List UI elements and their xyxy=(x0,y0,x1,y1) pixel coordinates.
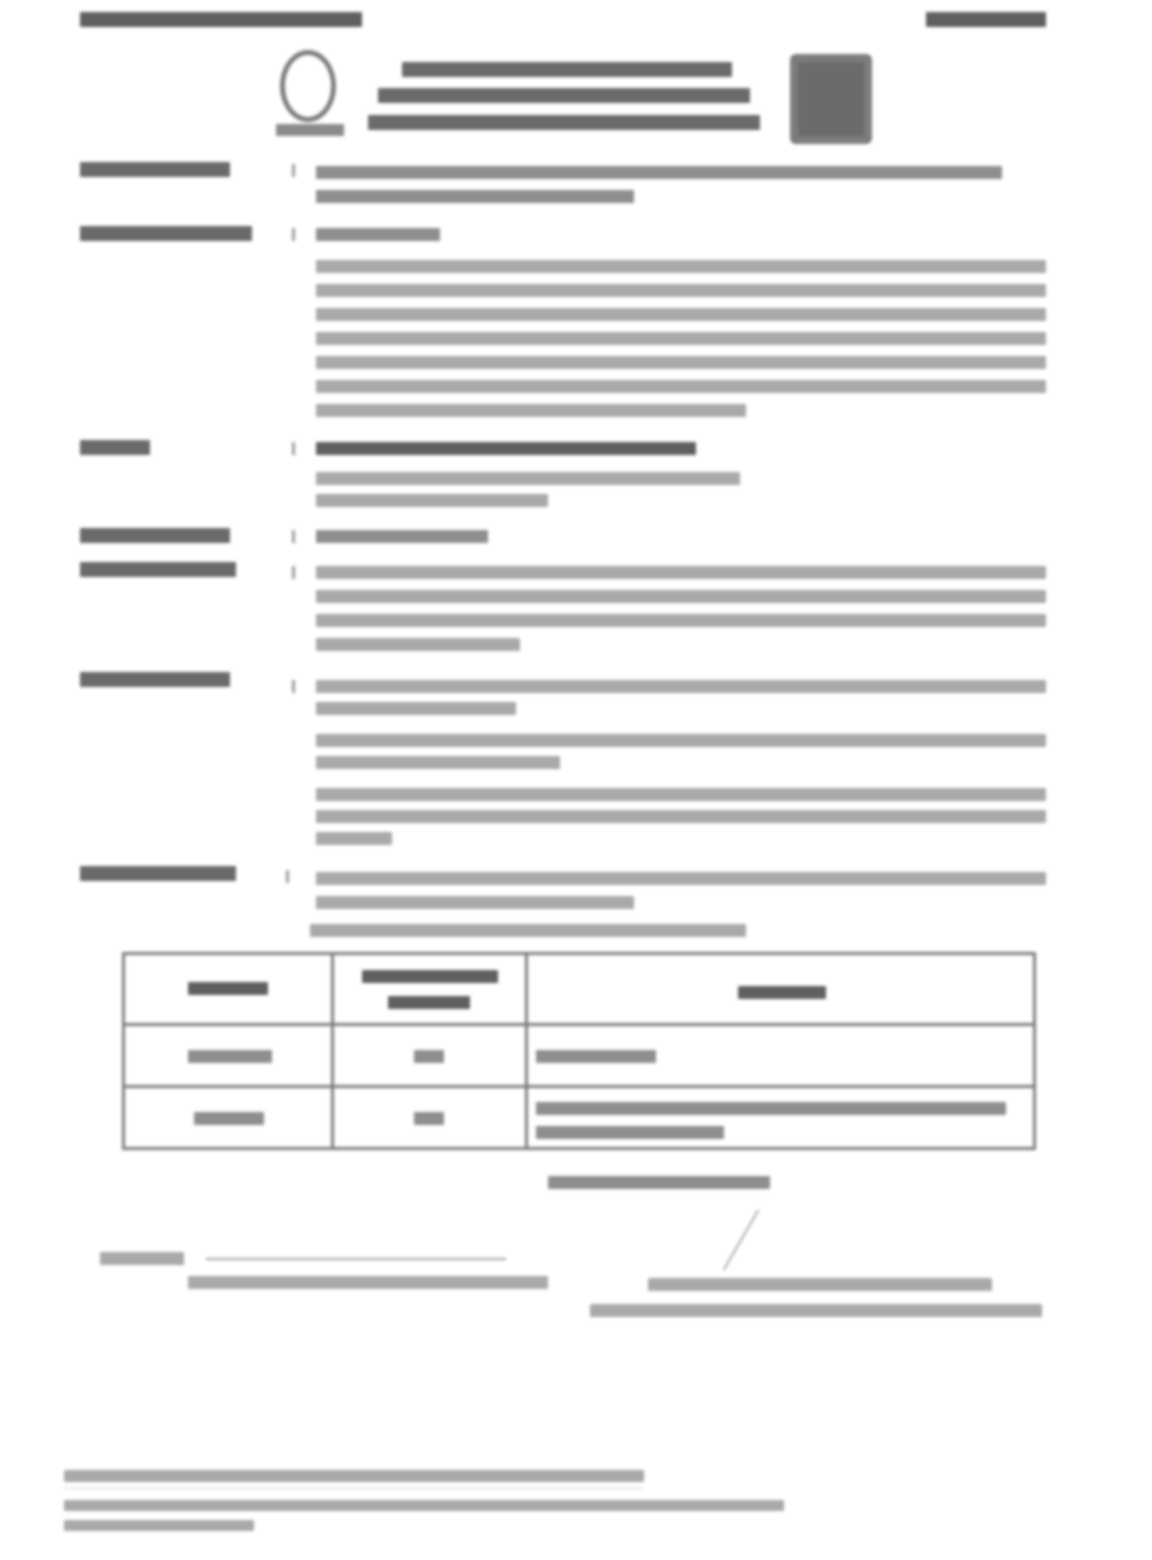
section-value-2-para-line-7 xyxy=(316,404,746,417)
table-row-2-col-3-line-1 xyxy=(536,1102,1006,1115)
reference-number xyxy=(80,12,362,27)
colon xyxy=(292,442,295,455)
approved-by-signature xyxy=(723,1210,870,1270)
institution-line-2 xyxy=(378,88,750,103)
page-indicator xyxy=(926,12,1046,27)
section-value-2-para-line-1 xyxy=(316,260,1046,273)
section-label-7 xyxy=(80,866,236,881)
tested-by-name xyxy=(188,1276,548,1289)
center-seal xyxy=(790,54,872,144)
section-label-3 xyxy=(80,440,150,455)
colon xyxy=(292,228,295,241)
section-value-2-para-line-2 xyxy=(316,284,1046,297)
section-value-2-para-line-4 xyxy=(316,332,1046,345)
colon xyxy=(292,164,295,177)
table-header-col-2-line-2 xyxy=(388,996,470,1009)
section-value-6-line-4 xyxy=(316,756,560,769)
section-value-5-line-1 xyxy=(316,566,1046,579)
table-row-1-col-1 xyxy=(188,1050,272,1063)
table-row-2-col-1 xyxy=(194,1112,264,1125)
section-value-2-para-line-3 xyxy=(316,308,1046,321)
approved-by-title xyxy=(590,1304,1042,1317)
section-value-7-line-2 xyxy=(316,896,634,909)
footer-line-2 xyxy=(64,1500,784,1511)
table-header-col-2-line-1 xyxy=(362,970,498,983)
section-value-1-line-1 xyxy=(316,166,1002,179)
section-value-4-line-1 xyxy=(316,530,488,543)
table-row-2-col-2 xyxy=(414,1112,444,1125)
institution-line-3 xyxy=(368,115,760,130)
table-row-1-col-3 xyxy=(536,1050,656,1063)
section-value-6-line-7 xyxy=(316,832,392,845)
table-header-col-1 xyxy=(188,982,268,995)
section-value-3-line-1 xyxy=(316,442,696,455)
section-value-1-line-2 xyxy=(316,190,634,203)
section-value-5-line-2 xyxy=(316,590,1046,603)
approved-by-name xyxy=(648,1278,992,1291)
footer-line-1 xyxy=(64,1470,644,1482)
section-label-5 xyxy=(80,562,236,577)
section-value-2-para-line-5 xyxy=(316,356,1046,369)
tested-by-signature xyxy=(206,1236,506,1260)
section-value-2-line-1 xyxy=(316,228,440,241)
university-logo xyxy=(276,50,346,138)
colon xyxy=(286,870,289,883)
section-value-6-line-6 xyxy=(316,810,1046,823)
section-label-6 xyxy=(80,672,230,687)
colon xyxy=(292,530,295,543)
section-value-5-line-3 xyxy=(316,614,1046,627)
table-header-col-3 xyxy=(738,986,826,999)
section-value-6-line-5 xyxy=(316,788,1046,801)
section-value-7-line-1 xyxy=(316,872,1046,885)
section-value-2-para-line-6 xyxy=(316,380,1046,393)
table-row-2-col-3-line-2 xyxy=(536,1126,724,1139)
section-label-1 xyxy=(80,162,230,177)
colon xyxy=(292,680,295,693)
institution-line-1 xyxy=(402,62,732,77)
section-value-7-line-3 xyxy=(310,924,746,937)
date-line xyxy=(548,1176,770,1189)
section-value-3-line-3 xyxy=(316,494,548,507)
footer-divider xyxy=(64,1488,644,1489)
section-value-6-line-2 xyxy=(316,702,516,715)
footer-line-3 xyxy=(64,1520,254,1531)
section-label-2 xyxy=(80,226,252,241)
table-row-1-col-2 xyxy=(414,1050,444,1063)
section-label-4 xyxy=(80,528,230,543)
section-value-6-line-3 xyxy=(316,734,1046,747)
section-value-5-line-4 xyxy=(316,638,520,651)
section-value-3-line-2 xyxy=(316,472,740,485)
section-value-6-line-1 xyxy=(316,680,1046,693)
colon xyxy=(292,566,295,579)
tested-by-label xyxy=(100,1252,184,1265)
